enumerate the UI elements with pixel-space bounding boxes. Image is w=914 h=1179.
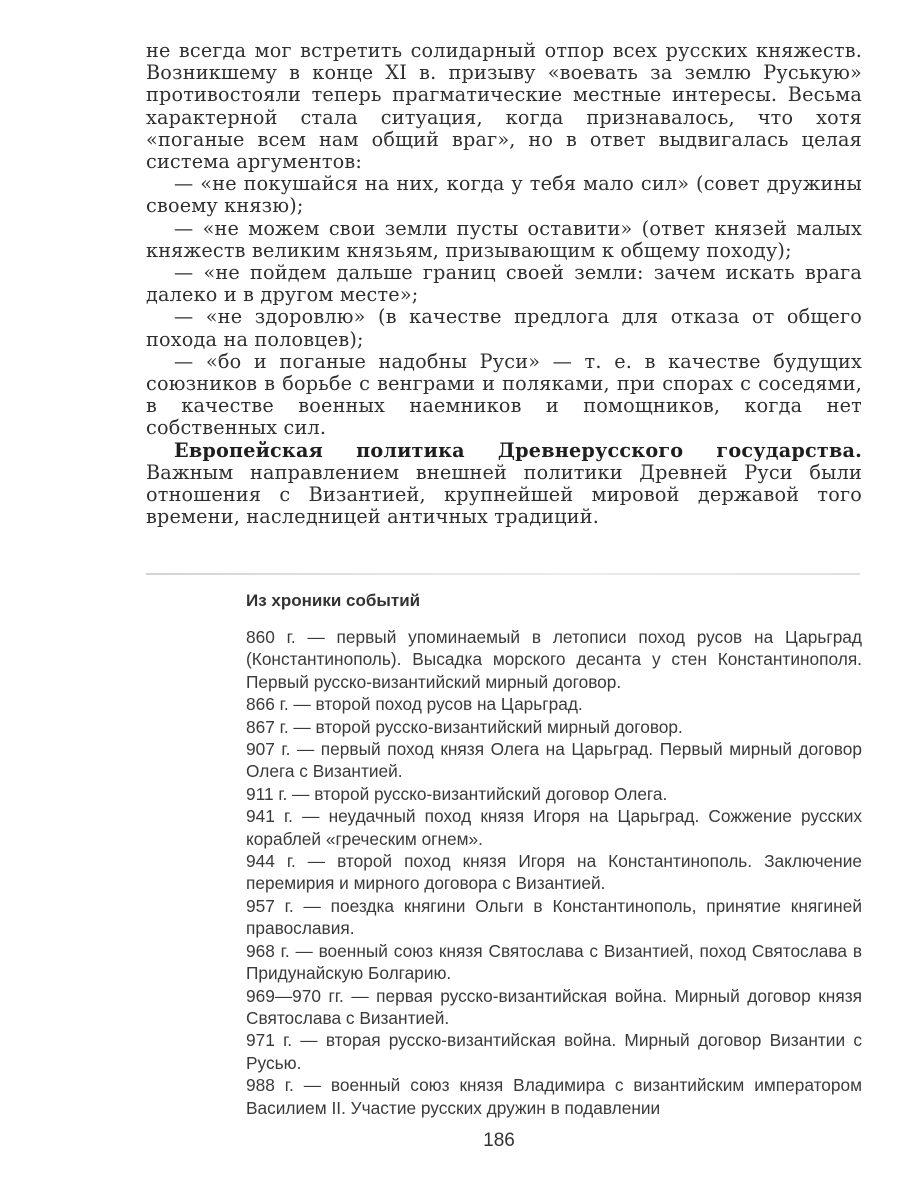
section-heading: Европейская политика Древнерусского госу…: [174, 439, 862, 462]
section-divider: [146, 573, 860, 575]
argument-2: — «не можем свои земли пусты оставити» (…: [146, 218, 862, 262]
chronicle-box: Из хроники событий 860 г. — первый упоми…: [246, 590, 862, 1119]
argument-5: — «бо и поганые надобны Руси» — т. е. в …: [146, 351, 862, 440]
section-text: Важным направлением внешней политики Дре…: [146, 461, 862, 528]
chronicle-entries: 860 г. — первый упоминаемый в летописи п…: [246, 626, 862, 1119]
chronicle-entry: 907 г. — первый поход князя Олега на Цар…: [246, 738, 862, 783]
chronicle-entry: 944 г. — второй поход князя Игоря на Кон…: [246, 850, 862, 895]
chronicle-entry: 971 г. — вторая русско-византийская войн…: [246, 1029, 862, 1074]
chronicle-entry: 860 г. — первый упоминаемый в летописи п…: [246, 626, 862, 693]
paragraph-intro: не всегда мог встретить солидарный отпор…: [146, 40, 862, 173]
argument-3: — «не пойдем дальше границ своей земли: …: [146, 262, 862, 306]
page-number-container: 186: [0, 1130, 914, 1152]
chronicle-entry: 941 г. — неудачный поход князя Игоря на …: [246, 805, 862, 850]
section-paragraph: Европейская политика Древнерусского госу…: [146, 440, 862, 529]
argument-1: — «не покушайся на них, когда у тебя мал…: [146, 173, 862, 217]
chronicle-entry: 988 г. — военный союз князя Владимира с …: [246, 1074, 862, 1119]
chronicle-entry: 968 г. — военный союз князя Святослава с…: [246, 940, 862, 985]
chronicle-entry: 957 г. — поездка княгини Ольги в Констан…: [246, 895, 862, 940]
chronicle-entry: 969—970 гг. — первая русско-византийская…: [246, 985, 862, 1030]
chronicle-title: Из хроники событий: [246, 590, 862, 612]
page-number: 186: [483, 1130, 515, 1151]
chronicle-entry: 911 г. — второй русско-византийский дого…: [246, 783, 862, 805]
main-text: не всегда мог встретить солидарный отпор…: [146, 40, 862, 528]
chronicle-entry: 866 г. — второй поход русов на Царьград.: [246, 693, 862, 715]
argument-4: — «не здоровлю» (в качестве предлога для…: [146, 306, 862, 350]
chronicle-entry: 867 г. — второй русско-византийский мирн…: [246, 716, 862, 738]
